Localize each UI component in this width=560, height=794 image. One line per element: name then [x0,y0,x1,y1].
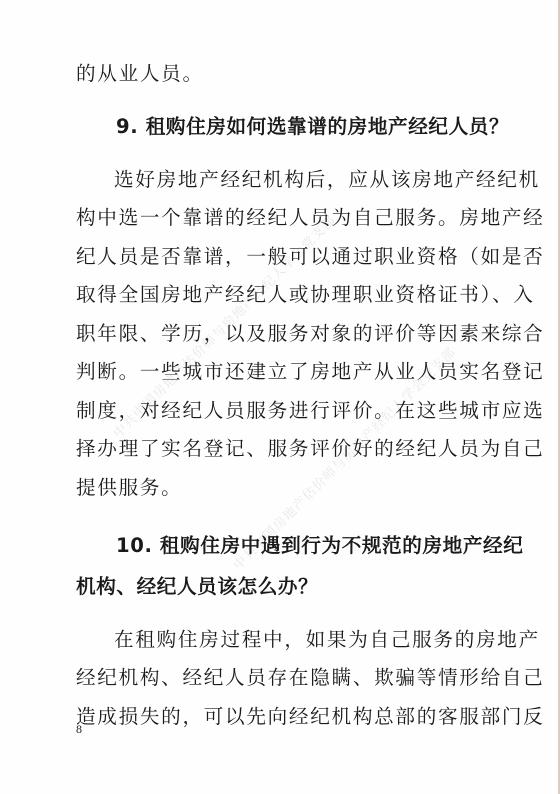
paragraph-q9-line-6: 判断。一些城市还建立了房地产从业人员实名登记 [76,352,544,392]
document-page: 中共中国房地产估价师与房地产经纪人学会党支部 中共中国房地产估价师与房地产经纪人… [0,0,560,794]
paragraph-q9-line-3: 纪人员是否靠谱，一般可以通过职业资格（如是否 [76,237,544,277]
paragraph-q10-line-1: 在租购住房过程中，如果为自己服务的房地产 [114,620,540,660]
heading-q10-line-1: 10. 租购住房中遇到行为不规范的房地产经纪 [116,526,523,566]
heading-q10-line-2: 机构、经纪人员该怎么办？ [76,567,318,607]
paragraph-q9-line-5: 职年限、学历，以及服务对象的评价等因素来综合 [76,314,544,354]
paragraph-q9-line-1: 选好房地产经纪机构后，应从该房地产经纪机 [114,160,540,200]
page-number: 8 [76,722,82,737]
paragraph-q10-line-2: 经纪机构、经纪人员存在隐瞒、欺骗等情形给自己 [76,658,544,698]
paragraph-q9-line-4: 取得全国房地产经纪人或协理职业资格证书）、入 [76,275,535,315]
line-continuation: 的从业人员。 [76,54,204,94]
paragraph-q9-line-9: 提供服务。 [76,468,182,508]
paragraph-q9-line-8: 择办理了实名登记、服务评价好的经纪人员为自己 [76,429,544,469]
paragraph-q9-line-2: 构中选一个靠谱的经纪人员为自己服务。房地产经 [76,198,544,238]
paragraph-q10-line-3: 造成损失的，可以先向经纪机构总部的客服部门反 [76,697,544,737]
paragraph-q9-line-7: 制度，对经纪人员服务进行评价。在这些城市应选 [76,391,544,431]
heading-q9: 9. 租购住房如何选靠谱的房地产经纪人员？ [116,107,509,147]
